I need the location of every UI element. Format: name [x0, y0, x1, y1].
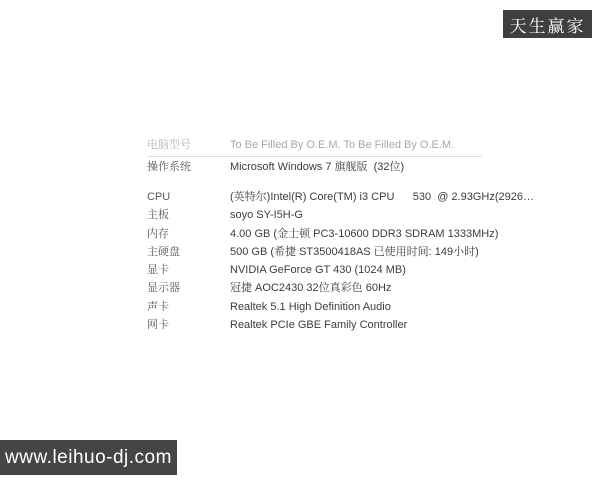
spec-row-hard-disk: 主硬盘 500 GB (希捷 ST3500418AS 已使用时间: 149小时): [147, 243, 482, 261]
spec-value: NVIDIA GeForce GT 430 (1024 MB): [230, 261, 406, 279]
spec-value: Realtek 5.1 High Definition Audio: [230, 298, 391, 316]
spec-label: 主板: [147, 206, 230, 224]
spec-row-computer-model: 电脑型号 To Be Filled By O.E.M. To Be Filled…: [147, 135, 482, 157]
spec-label: 声卡: [147, 298, 230, 316]
spec-group-basic: 电脑型号 To Be Filled By O.E.M. To Be Filled…: [147, 135, 482, 178]
spec-label: 网卡: [147, 316, 230, 334]
site-watermark-text: www.leihuo-dj.com: [5, 447, 172, 469]
top-right-brand-badge: 天生赢家: [503, 10, 592, 38]
spec-label: 主硬盘: [147, 243, 230, 261]
spec-label: 电脑型号: [147, 135, 230, 156]
spec-label: 操作系统: [147, 157, 230, 178]
spec-value: (英特尔)Intel(R) Core(TM) i3 CPU 530 @ 2.93…: [230, 188, 534, 206]
spec-label: 内存: [147, 225, 230, 243]
system-spec-table: 电脑型号 To Be Filled By O.E.M. To Be Filled…: [147, 135, 482, 334]
spec-row-motherboard: 主板 soyo SY-I5H-G: [147, 206, 482, 224]
spec-row-operating-system: 操作系统 Microsoft Windows 7 旗舰版 (32位): [147, 157, 482, 178]
spec-label: 显示器: [147, 279, 230, 297]
brand-badge-text: 天生赢家: [510, 12, 586, 37]
spec-label: 显卡: [147, 261, 230, 279]
spec-label: CPU: [147, 188, 230, 206]
spec-group-hardware: CPU (英特尔)Intel(R) Core(TM) i3 CPU 530 @ …: [147, 188, 482, 334]
spec-value: 4.00 GB (金士顿 PC3-10600 DDR3 SDRAM 1333MH…: [230, 225, 498, 243]
spec-row-network-card: 网卡 Realtek PCIe GBE Family Controller: [147, 316, 482, 334]
site-watermark-bar: www.leihuo-dj.com: [0, 440, 177, 475]
spec-row-cpu: CPU (英特尔)Intel(R) Core(TM) i3 CPU 530 @ …: [147, 188, 482, 206]
spec-value: soyo SY-I5H-G: [230, 206, 303, 224]
spec-row-graphics-card: 显卡 NVIDIA GeForce GT 430 (1024 MB): [147, 261, 482, 279]
spec-row-memory: 内存 4.00 GB (金士顿 PC3-10600 DDR3 SDRAM 133…: [147, 225, 482, 243]
spec-value: Microsoft Windows 7 旗舰版 (32位): [230, 157, 404, 178]
spec-value: Realtek PCIe GBE Family Controller: [230, 316, 407, 334]
spec-group-divider: [147, 178, 482, 188]
spec-value: 冠捷 AOC2430 32位真彩色 60Hz: [230, 279, 391, 297]
spec-value: To Be Filled By O.E.M. To Be Filled By O…: [230, 135, 454, 156]
spec-value: 500 GB (希捷 ST3500418AS 已使用时间: 149小时): [230, 243, 479, 261]
spec-row-sound-card: 声卡 Realtek 5.1 High Definition Audio: [147, 298, 482, 316]
spec-row-monitor: 显示器 冠捷 AOC2430 32位真彩色 60Hz: [147, 279, 482, 297]
